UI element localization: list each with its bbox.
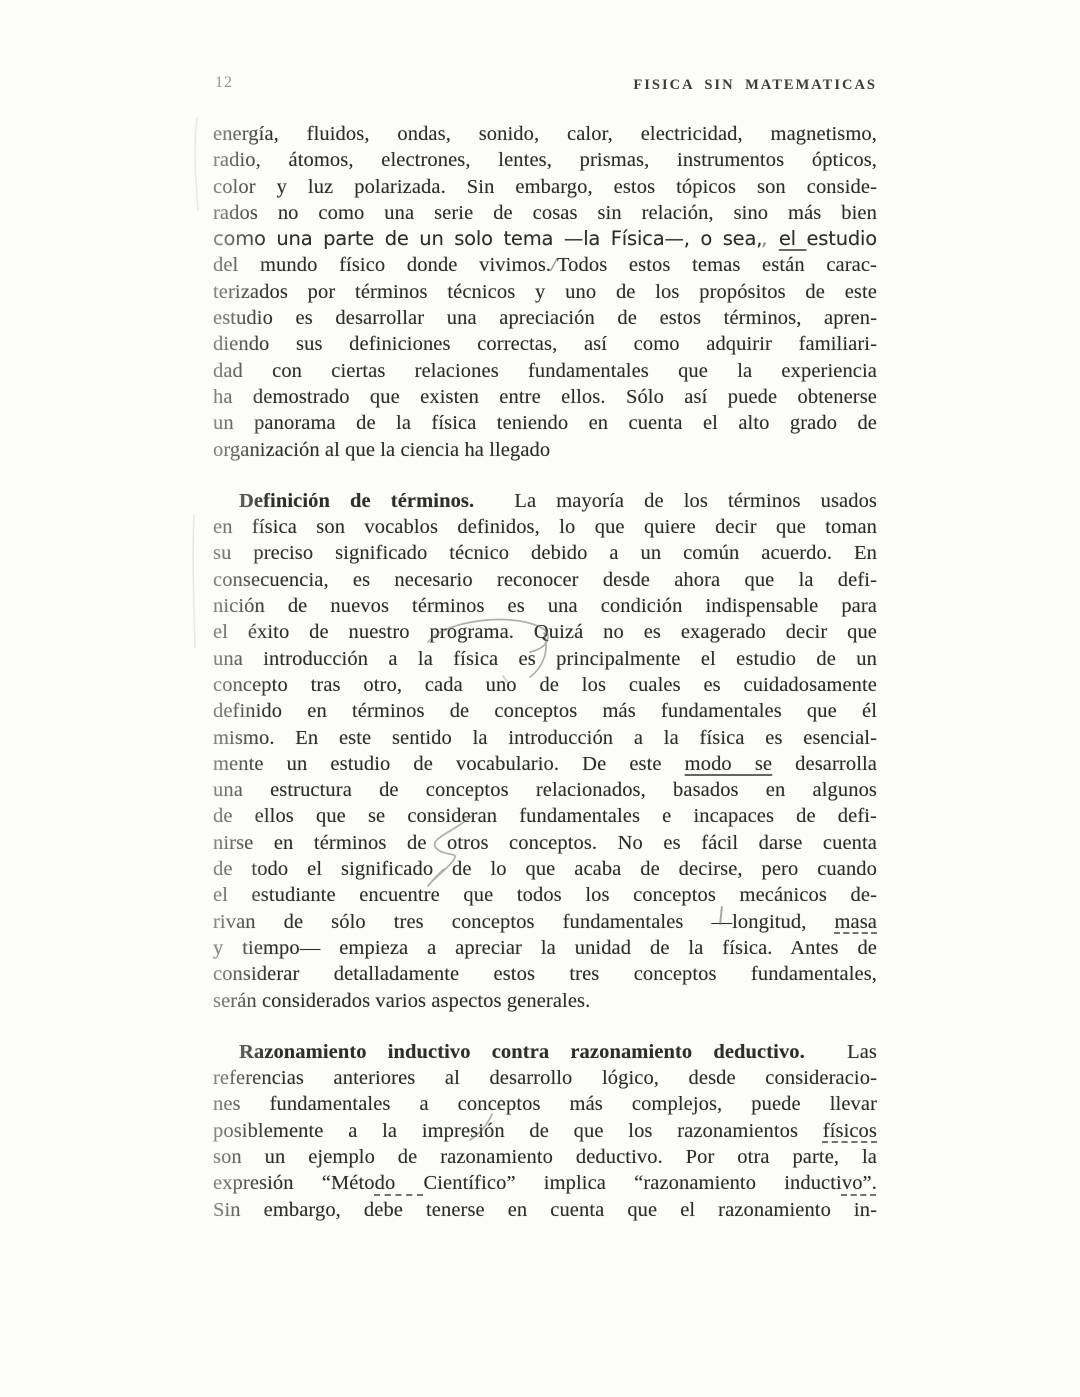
text-line: estudio es desarrollar una apreciación d… [213, 305, 877, 331]
text-line: una estructura de conceptos relacionados… [213, 777, 877, 803]
text-line: rivan de sólo tres conceptos fundamental… [213, 909, 877, 935]
text-run: estudio [807, 227, 878, 250]
text-run: radio, átomos, electrones, lentes, prism… [213, 149, 877, 171]
text-run: masa [834, 911, 877, 933]
text-run: una introducción a la física es principa… [213, 648, 877, 670]
text-run: longitud, [732, 911, 834, 933]
text-run: mismo. En este sentido la introducción a… [213, 727, 877, 749]
text-line: referencias anteriores al desarrollo lóg… [213, 1065, 877, 1091]
text-run: nes fundamentales a conceptos más comple… [213, 1093, 877, 1115]
text-line: ha demostrado que existen entre ellos. S… [213, 384, 877, 410]
text-run: La mayoría de los términos usados [474, 490, 877, 512]
text-run: estudio es desarrollar una apreciación d… [213, 307, 877, 329]
text-line: posiblemente a la impresión de que los r… [213, 1118, 877, 1144]
text-line: su preciso significado técnico debido a … [213, 540, 877, 566]
text-line: terizados por términos técnicos y uno de… [213, 279, 877, 305]
text-run: Todos estos temas están carac- [557, 254, 877, 276]
text-line: nes fundamentales a conceptos más comple… [213, 1091, 877, 1117]
text-run: terizados por términos técnicos y uno de… [213, 281, 877, 303]
page-number: 12 [215, 74, 233, 92]
text-run: del mundo físico donde vivimos. [213, 254, 551, 276]
text-run: de ellos que se consideran fundamentales… [213, 805, 877, 827]
text-run: color y luz polarizada. Sin embargo, est… [213, 176, 877, 198]
text-run: su preciso significado técnico debido a … [213, 542, 877, 564]
text-line: nirse en términos de otros conceptos. No… [213, 830, 877, 856]
text-line: y tiempo— empieza a apreciar la unidad d… [213, 935, 877, 961]
section-heading-text: Definición de términos. [239, 490, 474, 512]
text-run: diendo sus definiciones correctas, así c… [213, 333, 877, 355]
paragraph: Definición de términos. La mayoría de lo… [213, 488, 877, 1014]
text-run: dad con ciertas relaciones fundamentales… [213, 360, 877, 382]
running-header: FISICA SIN MATEMATICAS [633, 77, 877, 94]
text-run: de todo el significado de lo que acaba d… [213, 858, 877, 880]
text-line: diendo sus definiciones correctas, así c… [213, 331, 877, 357]
text-run: definido en términos de conceptos más fu… [213, 700, 877, 722]
text-line: serán considerados varios aspectos gener… [213, 988, 877, 1014]
text-line: de ellos que se consideran fundamentales… [213, 803, 877, 829]
text-line: nición de nuevos términos es una condici… [213, 593, 877, 619]
text-line: Definición de términos. La mayoría de lo… [213, 488, 877, 514]
text-run: considerar detalladamente estos tres con… [213, 963, 877, 985]
text-run: do [375, 1172, 424, 1194]
scan-artifact-left-2 [193, 515, 195, 648]
text-run: Científico” implica “razonamiento induct… [423, 1172, 841, 1194]
text-line: de todo el significado de lo que acaba d… [213, 856, 877, 882]
text-run: el [779, 227, 807, 250]
text-run: rivan de sólo tres conceptos fundamental… [213, 911, 711, 933]
text-line: considerar detalladamente estos tres con… [213, 961, 877, 987]
scan-artifact-left-1 [195, 118, 198, 210]
text-run: una estructura de conceptos relacionados… [213, 779, 877, 801]
text-line: color y luz polarizada. Sin embargo, est… [213, 174, 877, 200]
text-run: en física son vocablos definidos, lo que… [213, 516, 877, 538]
text-line: radio, átomos, electrones, lentes, prism… [213, 147, 877, 173]
text-line: del mundo físico donde vivimos./Todos es… [213, 252, 877, 278]
text-line: concepto tras otro, cada uno de los cual… [213, 672, 877, 698]
text-run: desarrolla [772, 753, 877, 775]
text-run: serán considerados varios aspectos gener… [213, 990, 590, 1012]
text-run [768, 227, 779, 250]
text-run: físicos [823, 1120, 877, 1142]
text-line: el estudiante encuentre que todos los co… [213, 882, 877, 908]
text-line: mismo. En este sentido la introducción a… [213, 725, 877, 751]
text-run: un panorama de la física teniendo en cue… [213, 412, 877, 434]
book-page: 12 FISICA SIN MATEMATICAS energía, fluid… [0, 0, 1080, 1397]
text-run: el éxito de nuestro programa. Quizá no e… [213, 621, 877, 643]
text-line: mente un estudio de vocabulario. De este… [213, 751, 877, 777]
text-line: como una parte de un solo tema —la Físic… [213, 226, 877, 252]
text-line: consecuencia, es necesario reconocer des… [213, 567, 877, 593]
text-run: ha demostrado que existen entre ellos. S… [213, 386, 877, 408]
text-run: Las [805, 1041, 877, 1063]
text-run: referencias anteriores al desarrollo lóg… [213, 1067, 877, 1089]
text-line: son un ejemplo de razonamiento deductivo… [213, 1144, 877, 1170]
section-heading-text: Razonamiento inductivo contra razonamien… [239, 1041, 805, 1063]
paragraph: energía, fluidos, ondas, sonido, calor, … [213, 121, 877, 463]
text-run: rados no como una serie de cosas sin rel… [213, 202, 877, 224]
text-line: expresión “Método Científico” implica “r… [213, 1170, 877, 1196]
text-run: son un ejemplo de razonamiento deductivo… [213, 1146, 877, 1168]
text-run: organización al que la ciencia ha llegad… [213, 439, 550, 461]
text-line: definido en términos de conceptos más fu… [213, 698, 877, 724]
paragraph: Razonamiento inductivo contra razonamien… [213, 1039, 877, 1223]
text-line: Sin embargo, debe tenerse en cuenta que … [213, 1197, 877, 1223]
text-run: nición de nuevos términos es una condici… [213, 595, 877, 617]
text-run: y tiempo— empieza a apreciar la unidad d… [213, 937, 877, 959]
text-line: energía, fluidos, ondas, sonido, calor, … [213, 121, 877, 147]
text-run: nirse en términos de otros conceptos. No… [213, 832, 877, 854]
text-line: en física son vocablos definidos, lo que… [213, 514, 877, 540]
text-line: un panorama de la física teniendo en cue… [213, 410, 877, 436]
text-run: energía, fluidos, ondas, sonido, calor, … [213, 123, 877, 145]
text-run: consecuencia, es necesario reconocer des… [213, 569, 877, 591]
text-run: concepto tras otro, cada uno de los cual… [213, 674, 877, 696]
text-line: el éxito de nuestro programa. Quizá no e… [213, 619, 877, 645]
text-line: una introducción a la física es principa… [213, 646, 877, 672]
text-run: el estudiante encuentre que todos los co… [213, 884, 877, 906]
text-block: energía, fluidos, ondas, sonido, calor, … [213, 121, 877, 1223]
text-run: — [711, 911, 732, 933]
text-run: como una parte de un solo tema —la Físic… [213, 227, 762, 250]
text-line: rados no como una serie de cosas sin rel… [213, 200, 877, 226]
text-line: Razonamiento inductivo contra razonamien… [213, 1039, 877, 1065]
text-run: mente un estudio de vocabulario. De este [213, 753, 685, 775]
text-line: organización al que la ciencia ha llegad… [213, 437, 877, 463]
text-run: Sin embargo, debe tenerse en cuenta que … [213, 1199, 877, 1221]
text-run: expresión “Méto [213, 1172, 375, 1194]
text-run: modo se [685, 753, 772, 775]
text-line: dad con ciertas relaciones fundamentales… [213, 358, 877, 384]
text-run: vo”. [842, 1172, 877, 1194]
text-run: posiblemente a la impresión de que los r… [213, 1120, 823, 1142]
